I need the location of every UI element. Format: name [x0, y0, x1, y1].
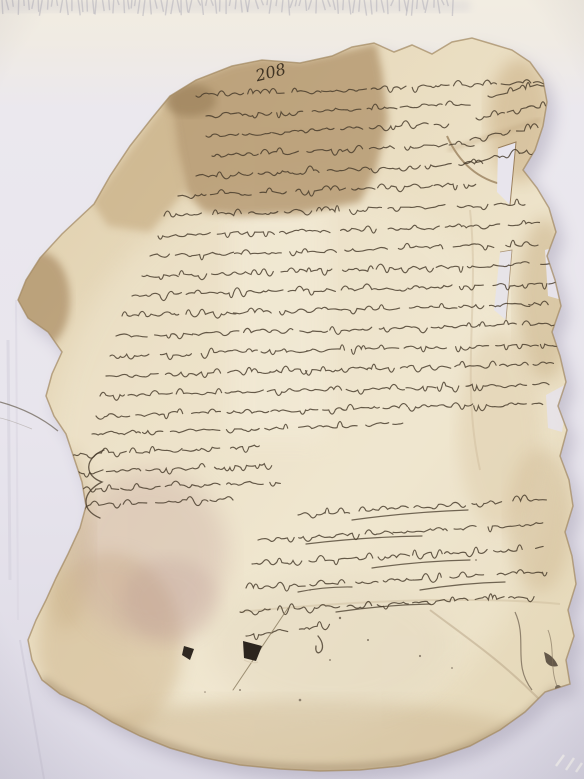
photo-vignette	[0, 0, 584, 779]
screenshot-root: 208	[0, 0, 584, 779]
manuscript-photo: 208	[0, 0, 584, 779]
